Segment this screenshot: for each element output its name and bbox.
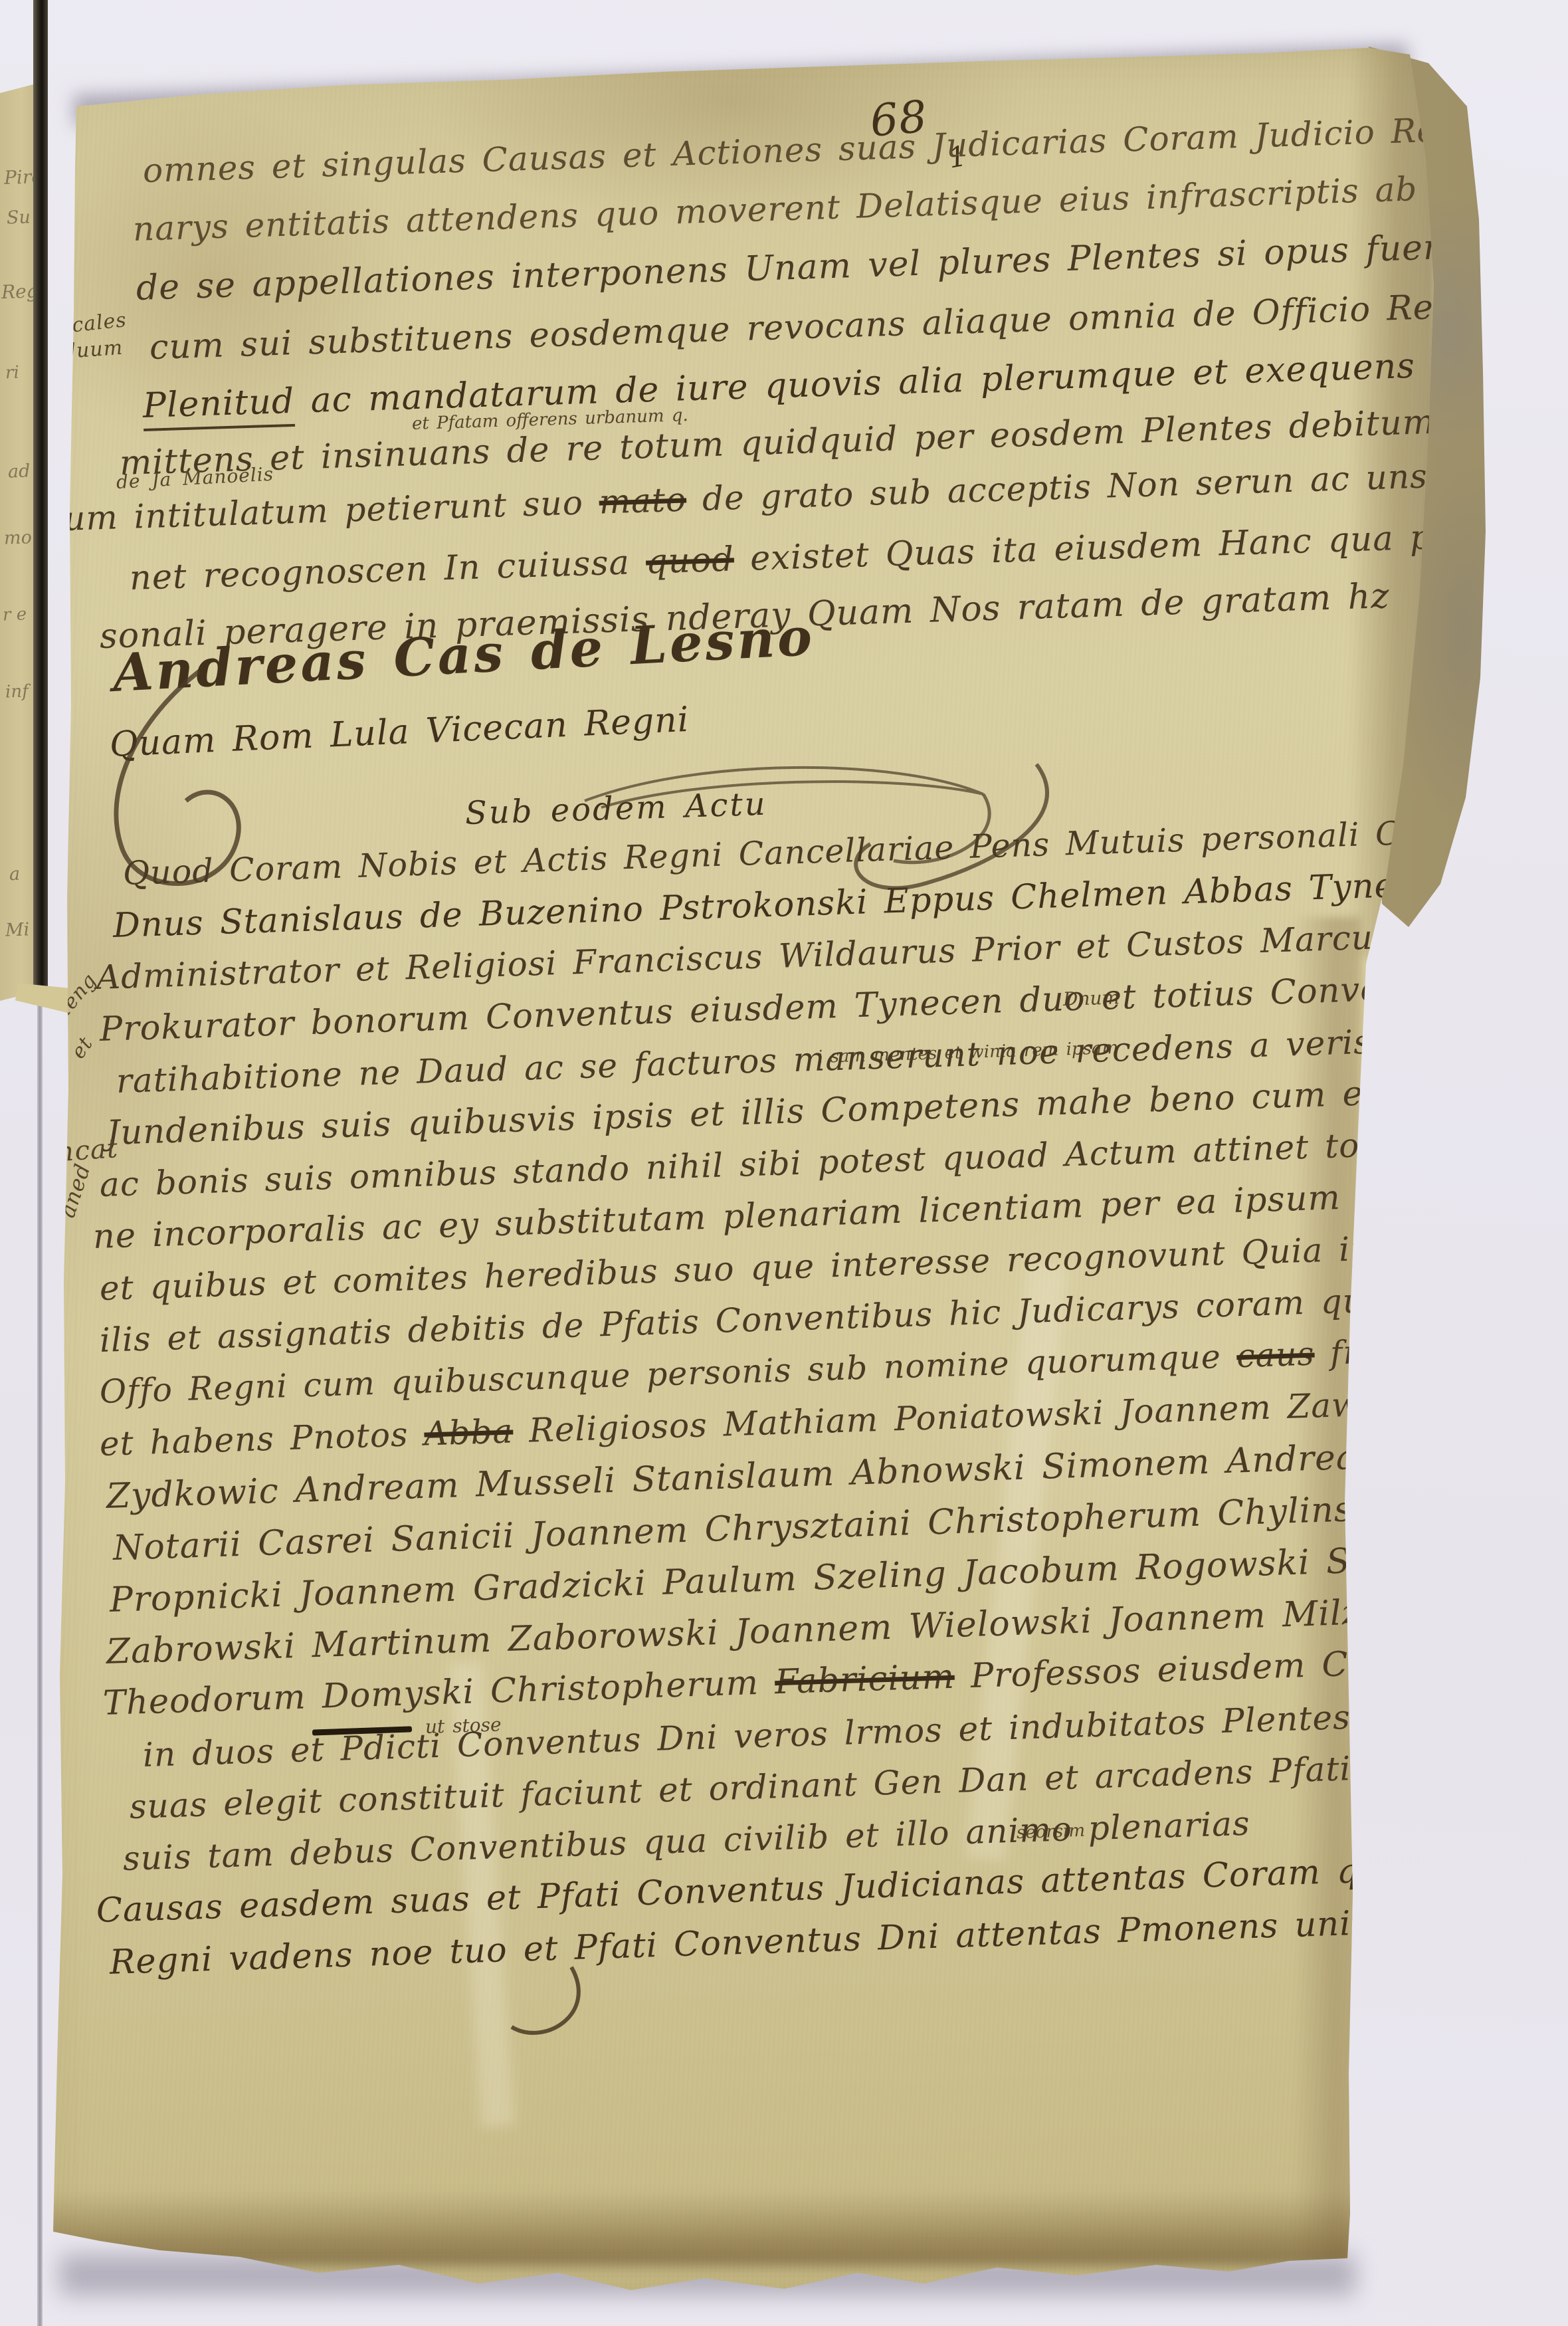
sliver-text-fragment: Mi [5, 919, 29, 940]
backing-sheet-edge-line [37, 997, 43, 2326]
binding-edge-line [33, 0, 48, 1005]
sliver-text-fragment: a [9, 864, 20, 885]
sliver-text-fragment: mo [3, 527, 32, 548]
line-text: freno et inventam inhabites [1314, 1319, 1568, 1373]
sliver-text-fragment: ad [7, 461, 30, 482]
manuscript-page: 68 1 omnes et singulas Causas et Actione… [0, 0, 1568, 2326]
sliver-text-fragment: ri [5, 363, 19, 383]
sliver-text-fragment: r e [2, 604, 27, 625]
sliver-text-fragment: Su [6, 207, 31, 228]
sliver-text-fragment: inf [5, 681, 29, 702]
scanned-manuscript-photo: { "document": { "page_number": "68", "pa… [0, 0, 1568, 2326]
facing-page-sliver: Pire Su Regi ri ad mo r e inf a Mi [0, 84, 36, 1001]
flourish-strokes [0, 0, 1568, 2326]
struck-word: emden [1474, 963, 1568, 1006]
